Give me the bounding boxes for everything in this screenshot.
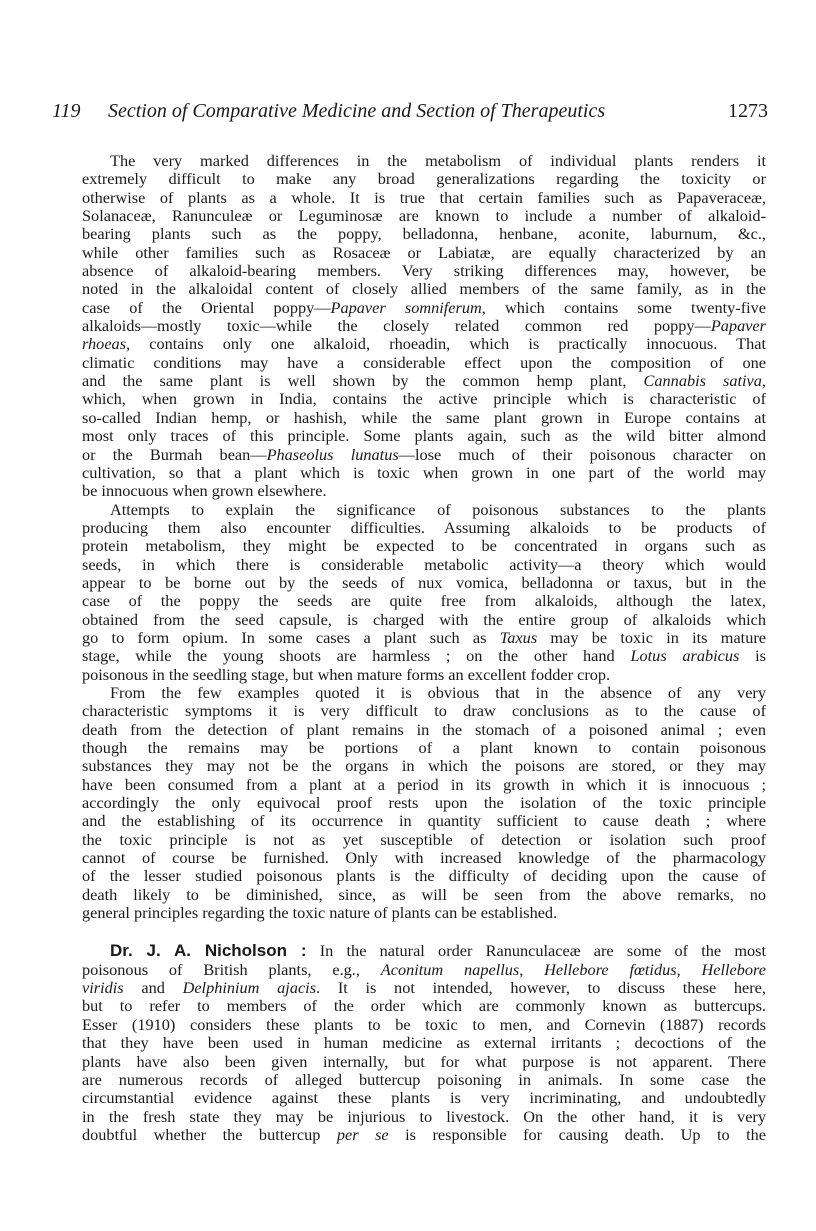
text-line: viridis and Delphinium ajacis. It is not… bbox=[82, 979, 766, 997]
text-line: cultivation, so that a plant which is to… bbox=[82, 464, 766, 482]
text-line: though the remains may be portions of a … bbox=[82, 739, 766, 757]
text-line: doubtful whether the buttercup per se is… bbox=[82, 1126, 766, 1144]
italic-term: viridis bbox=[82, 979, 124, 997]
text-line: so-called Indian hemp, or hashish, while… bbox=[82, 409, 766, 427]
text-line: but to refer to members of the order whi… bbox=[82, 997, 766, 1015]
text-line: the toxic principle is not as yet suscep… bbox=[82, 831, 766, 849]
text-line: absence of alkaloid-bearing members. Ver… bbox=[82, 262, 766, 280]
text-line: producing them also encounter difficulti… bbox=[82, 519, 766, 537]
paragraph-p2: Attempts to explain the significance of … bbox=[82, 501, 766, 684]
italic-term: Hellebore bbox=[702, 961, 767, 979]
text-line: The very marked differences in the metab… bbox=[82, 152, 766, 170]
italic-term: Hellebore fœtidus bbox=[544, 961, 676, 979]
italic-term: Phaseolus lunatus bbox=[267, 446, 399, 464]
text-line: death likely to be diminished, since, as… bbox=[82, 886, 766, 904]
text-line: circumstantial evidence against these pl… bbox=[82, 1089, 766, 1107]
text-line: seeds, in which there is considerable me… bbox=[82, 556, 766, 574]
text-line: poisonous of British plants, e.g., Aconi… bbox=[82, 961, 766, 979]
text-line: have been consumed from a plant at a per… bbox=[82, 776, 766, 794]
page-number: 1273 bbox=[728, 100, 768, 123]
article-number: 119 bbox=[52, 100, 81, 123]
text-line: bearing plants such as the poppy, bellad… bbox=[82, 225, 766, 243]
text-line: cannot of course be furnished. Only with… bbox=[82, 849, 766, 867]
text-line: obtained from the seed capsule, is charg… bbox=[82, 611, 766, 629]
paragraph-p1: The very marked differences in the metab… bbox=[82, 152, 766, 501]
text-line: are numerous records of alleged buttercu… bbox=[82, 1071, 766, 1089]
text-line: extremely difficult to make any broad ge… bbox=[82, 170, 766, 188]
speaker-name: Dr. J. A. Nicholson : bbox=[110, 942, 307, 960]
text-line: poisonous in the seedling stage, but whe… bbox=[82, 666, 766, 684]
text-line: otherwise of plants as a whole. It is tr… bbox=[82, 189, 766, 207]
italic-term: Lotus arabicus bbox=[630, 647, 739, 665]
text-line: which, when grown in India, contains the… bbox=[82, 390, 766, 408]
text-line: Attempts to explain the significance of … bbox=[82, 501, 766, 519]
text-line: plants have also been given internally, … bbox=[82, 1053, 766, 1071]
text-line: and the establishing of its occurrence i… bbox=[82, 812, 766, 830]
italic-term: Delphinium ajacis bbox=[183, 979, 316, 997]
italic-term: per se bbox=[337, 1126, 389, 1144]
text-line: climatic conditions may have a considera… bbox=[82, 354, 766, 372]
italic-term: Taxus bbox=[500, 629, 537, 647]
text-line: Solanaceæ, Ranunculeæ or Leguminosæ are … bbox=[82, 207, 766, 225]
italic-term: Papaver somniferum bbox=[331, 299, 482, 317]
text-line: noted in the alkaloidal content of close… bbox=[82, 280, 766, 298]
italic-term: Papaver bbox=[711, 317, 766, 335]
text-line: be innocuous when grown elsewhere. bbox=[82, 482, 766, 500]
running-header: 119 Section of Comparative Medicine and … bbox=[52, 100, 768, 130]
text-line: or the Burmah bean—Phaseolus lunatus—los… bbox=[82, 446, 766, 464]
section-title: Section of Comparative Medicine and Sect… bbox=[108, 100, 605, 123]
text-line: and the same plant is well shown by the … bbox=[82, 372, 766, 390]
text-line: rhoeas, contains only one alkaloid, rhoe… bbox=[82, 335, 766, 353]
text-line: of the lesser studied poisonous plants i… bbox=[82, 867, 766, 885]
text-line: death from the detection of plant remain… bbox=[82, 721, 766, 739]
text-line: appear to be borne out by the seeds of n… bbox=[82, 574, 766, 592]
text-line: case of the Oriental poppy—Papaver somni… bbox=[82, 299, 766, 317]
text-line: alkaloids—mostly toxic—while the closely… bbox=[82, 317, 766, 335]
text-line: most only traces of this principle. Some… bbox=[82, 427, 766, 445]
italic-term: Aconitum napellus bbox=[381, 961, 519, 979]
paragraph-p4: Dr. J. A. Nicholson : In the natural ord… bbox=[82, 942, 766, 1144]
text-line: that they have been used in human medici… bbox=[82, 1034, 766, 1052]
text-line: protein metabolism, they might be expect… bbox=[82, 537, 766, 555]
text-line: Dr. J. A. Nicholson : In the natural ord… bbox=[82, 942, 766, 960]
text-line: characteristic symptoms it is very diffi… bbox=[82, 702, 766, 720]
text-line: accordingly the only equivocal proof res… bbox=[82, 794, 766, 812]
text-line: From the few examples quoted it is obvio… bbox=[82, 684, 766, 702]
text-line: stage, while the young shoots are harmle… bbox=[82, 647, 766, 665]
italic-term: Cannabis sativa bbox=[644, 372, 762, 390]
text-line: substances they may not be the organs in… bbox=[82, 757, 766, 775]
text-line: case of the poppy the seeds are quite fr… bbox=[82, 592, 766, 610]
text-line: general principles regarding the toxic n… bbox=[82, 904, 766, 922]
paragraph-gap bbox=[82, 922, 766, 942]
text-line: Esser (1910) considers these plants to b… bbox=[82, 1016, 766, 1034]
article-body: The very marked differences in the metab… bbox=[82, 152, 766, 1144]
italic-term: rhoeas bbox=[82, 335, 126, 353]
paragraph-p3: From the few examples quoted it is obvio… bbox=[82, 684, 766, 922]
text-line: go to form opium. In some cases a plant … bbox=[82, 629, 766, 647]
text-line: while other families such as Rosaceæ or … bbox=[82, 244, 766, 262]
text-line: in the fresh state they may be injurious… bbox=[82, 1108, 766, 1126]
